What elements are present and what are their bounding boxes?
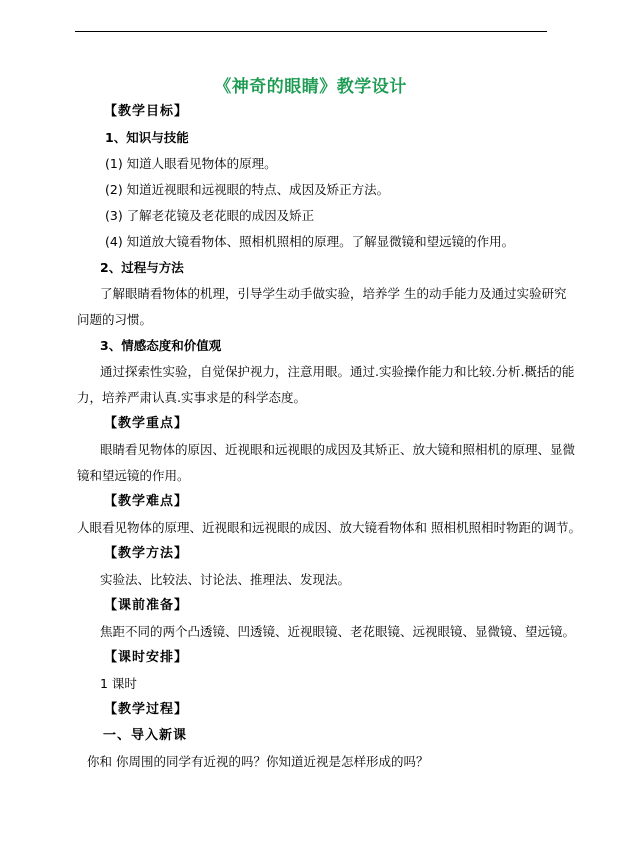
emotion-heading: 3、情感态度和价值观 [100, 338, 221, 354]
document-title: 《神奇的眼睛》教学设计 [0, 72, 621, 97]
difficulties-heading: 【教学难点】 [104, 494, 188, 510]
objectives-heading: 【教学目标】 [104, 104, 188, 120]
knowledge-heading: 1、知识与技能 [105, 130, 189, 146]
methods-text: 实验法、比较法、讨论法、推理法、发现法。 [100, 572, 350, 588]
key-points-text: 眼睛看见物体的原因、近视眼和远视眼的成因及其矫正、放大镜和照相机的原理、显微 [100, 442, 575, 458]
key-points-text-cont: 镜和望远镜的作用。 [77, 468, 190, 484]
process-text-cont: 问题的习惯。 [77, 312, 152, 328]
difficulties-text: 人眼看见物体的原理、近视眼和远视眼的成因、放大镜看物体和 照相机照相时物距的调节… [77, 520, 581, 536]
intro-heading: 一、导入新课 [103, 728, 187, 744]
process-steps-heading: 【教学过程】 [104, 702, 188, 718]
preparation-text: 焦距不同的两个凸透镜、凹透镜、近视眼镜、老花眼镜、远视眼镜、显微镜、望远镜。 [100, 624, 575, 640]
process-text: 了解眼睛看物体的机理，引导学生动手做实验，培养学 生的动手能力及通过实验研究 [100, 286, 566, 302]
key-points-heading: 【教学重点】 [104, 416, 188, 432]
process-heading: 2、过程与方法 [100, 260, 184, 276]
schedule-heading: 【课时安排】 [104, 650, 188, 666]
knowledge-item: (4) 知道放大镜看物体、照相机照相的原理。了解显微镜和望远镜的作用。 [105, 234, 514, 250]
knowledge-item: (3) 了解老花镜及老花眼的成因及矫正 [105, 208, 314, 224]
intro-text: 你和 你周围的同学有近视的吗？你知道近视是怎样形成的吗？ [87, 754, 428, 770]
emotion-text: 通过探索性实验，自觉保护视力，注意用眼。通过.实验操作能力和比较.分析.概括的能 [100, 364, 574, 380]
methods-heading: 【教学方法】 [104, 546, 188, 562]
schedule-text: 1 课时 [100, 676, 137, 692]
header-rule [75, 31, 547, 32]
emotion-text-cont: 力，培养严肃认真.实事求是的科学态度。 [77, 390, 306, 406]
knowledge-item: (1) 知道人眼看见物体的原理。 [105, 156, 277, 172]
knowledge-item: (2) 知道近视眼和远视眼的特点、成因及矫正方法。 [105, 182, 389, 198]
preparation-heading: 【课前准备】 [104, 598, 188, 614]
